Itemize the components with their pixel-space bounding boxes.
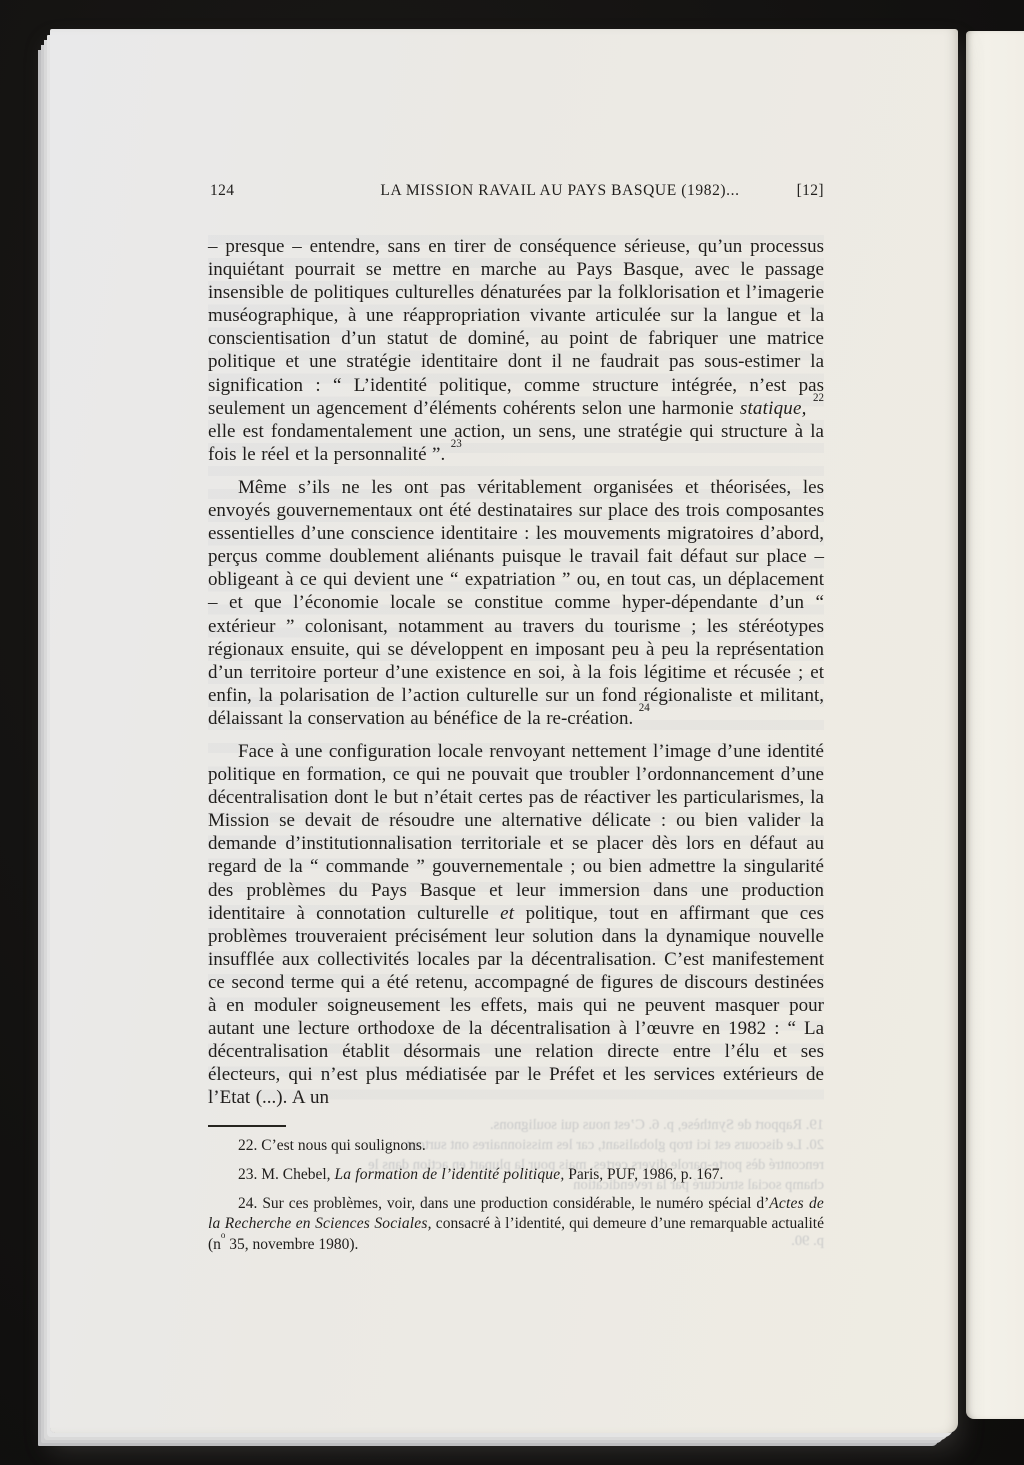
paragraph: Même s’ils ne les ont pas véritablement … xyxy=(208,476,824,730)
page-header: 124LA MISSION RAVAIL AU PAYS BASQUE (198… xyxy=(208,182,824,202)
facing-page-edge xyxy=(966,31,1024,1419)
paragraph-text: – presque – entendre, sans en tirer de c… xyxy=(208,236,824,419)
footnote-ref-24: 24 xyxy=(639,702,650,714)
ordinal-o: o xyxy=(221,1230,226,1240)
footnote-text: Paris, PUF, 1986, p. 167. xyxy=(564,1166,723,1183)
paragraph-text: politique, tout en affirmant que ces pro… xyxy=(208,903,824,1109)
footnote-22: 22. C’est nous qui soulignons. xyxy=(208,1136,824,1157)
paragraph-text: Face à une configuration locale renvoyan… xyxy=(208,741,824,924)
paragraph-continuation: – presque – entendre, sans en tirer de c… xyxy=(208,235,824,466)
emphasis-et: et xyxy=(500,903,514,924)
footnote-text: 22. C’est nous qui soulignons. xyxy=(238,1137,426,1154)
running-title: LA MISSION RAVAIL AU PAYS BASQUE (1982).… xyxy=(380,182,739,200)
book-page: 19. Rapport de Synthèse, p. 6. C’est nou… xyxy=(50,29,958,1433)
emphasis-statique: statique, xyxy=(740,398,813,419)
paragraph: Face à une configuration locale renvoyan… xyxy=(208,740,824,1110)
footnote-separator xyxy=(208,1125,286,1127)
footnote-23: 23. M. Chebel, La formation de l’identit… xyxy=(208,1165,824,1186)
column-marker: [12] xyxy=(797,182,824,200)
footnote-text: 24. Sur ces problèmes, voir, dans une pr… xyxy=(238,1195,769,1212)
footnote-ref-23: 23 xyxy=(451,438,462,450)
body-text: – presque – entendre, sans en tirer de c… xyxy=(208,235,824,1109)
page-content: 124LA MISSION RAVAIL AU PAYS BASQUE (198… xyxy=(208,29,824,1255)
footnote-text: 23. M. Chebel, xyxy=(238,1166,334,1183)
footnote-text: 35, novembre 1980). xyxy=(225,1236,358,1253)
book-title-italic: La formation de l’identité politique, xyxy=(334,1166,564,1183)
footnote-ref-22: 22 xyxy=(813,392,824,404)
footnote-24: 24. Sur ces problèmes, voir, dans une pr… xyxy=(208,1194,824,1256)
page-number: 124 xyxy=(210,182,234,200)
footnotes-section: 22. C’est nous qui soulignons. 23. M. Ch… xyxy=(208,1125,824,1255)
paragraph-text: Même s’ils ne les ont pas véritablement … xyxy=(208,477,824,729)
paragraph-text: elle est fondamentalement une action, un… xyxy=(208,421,824,465)
